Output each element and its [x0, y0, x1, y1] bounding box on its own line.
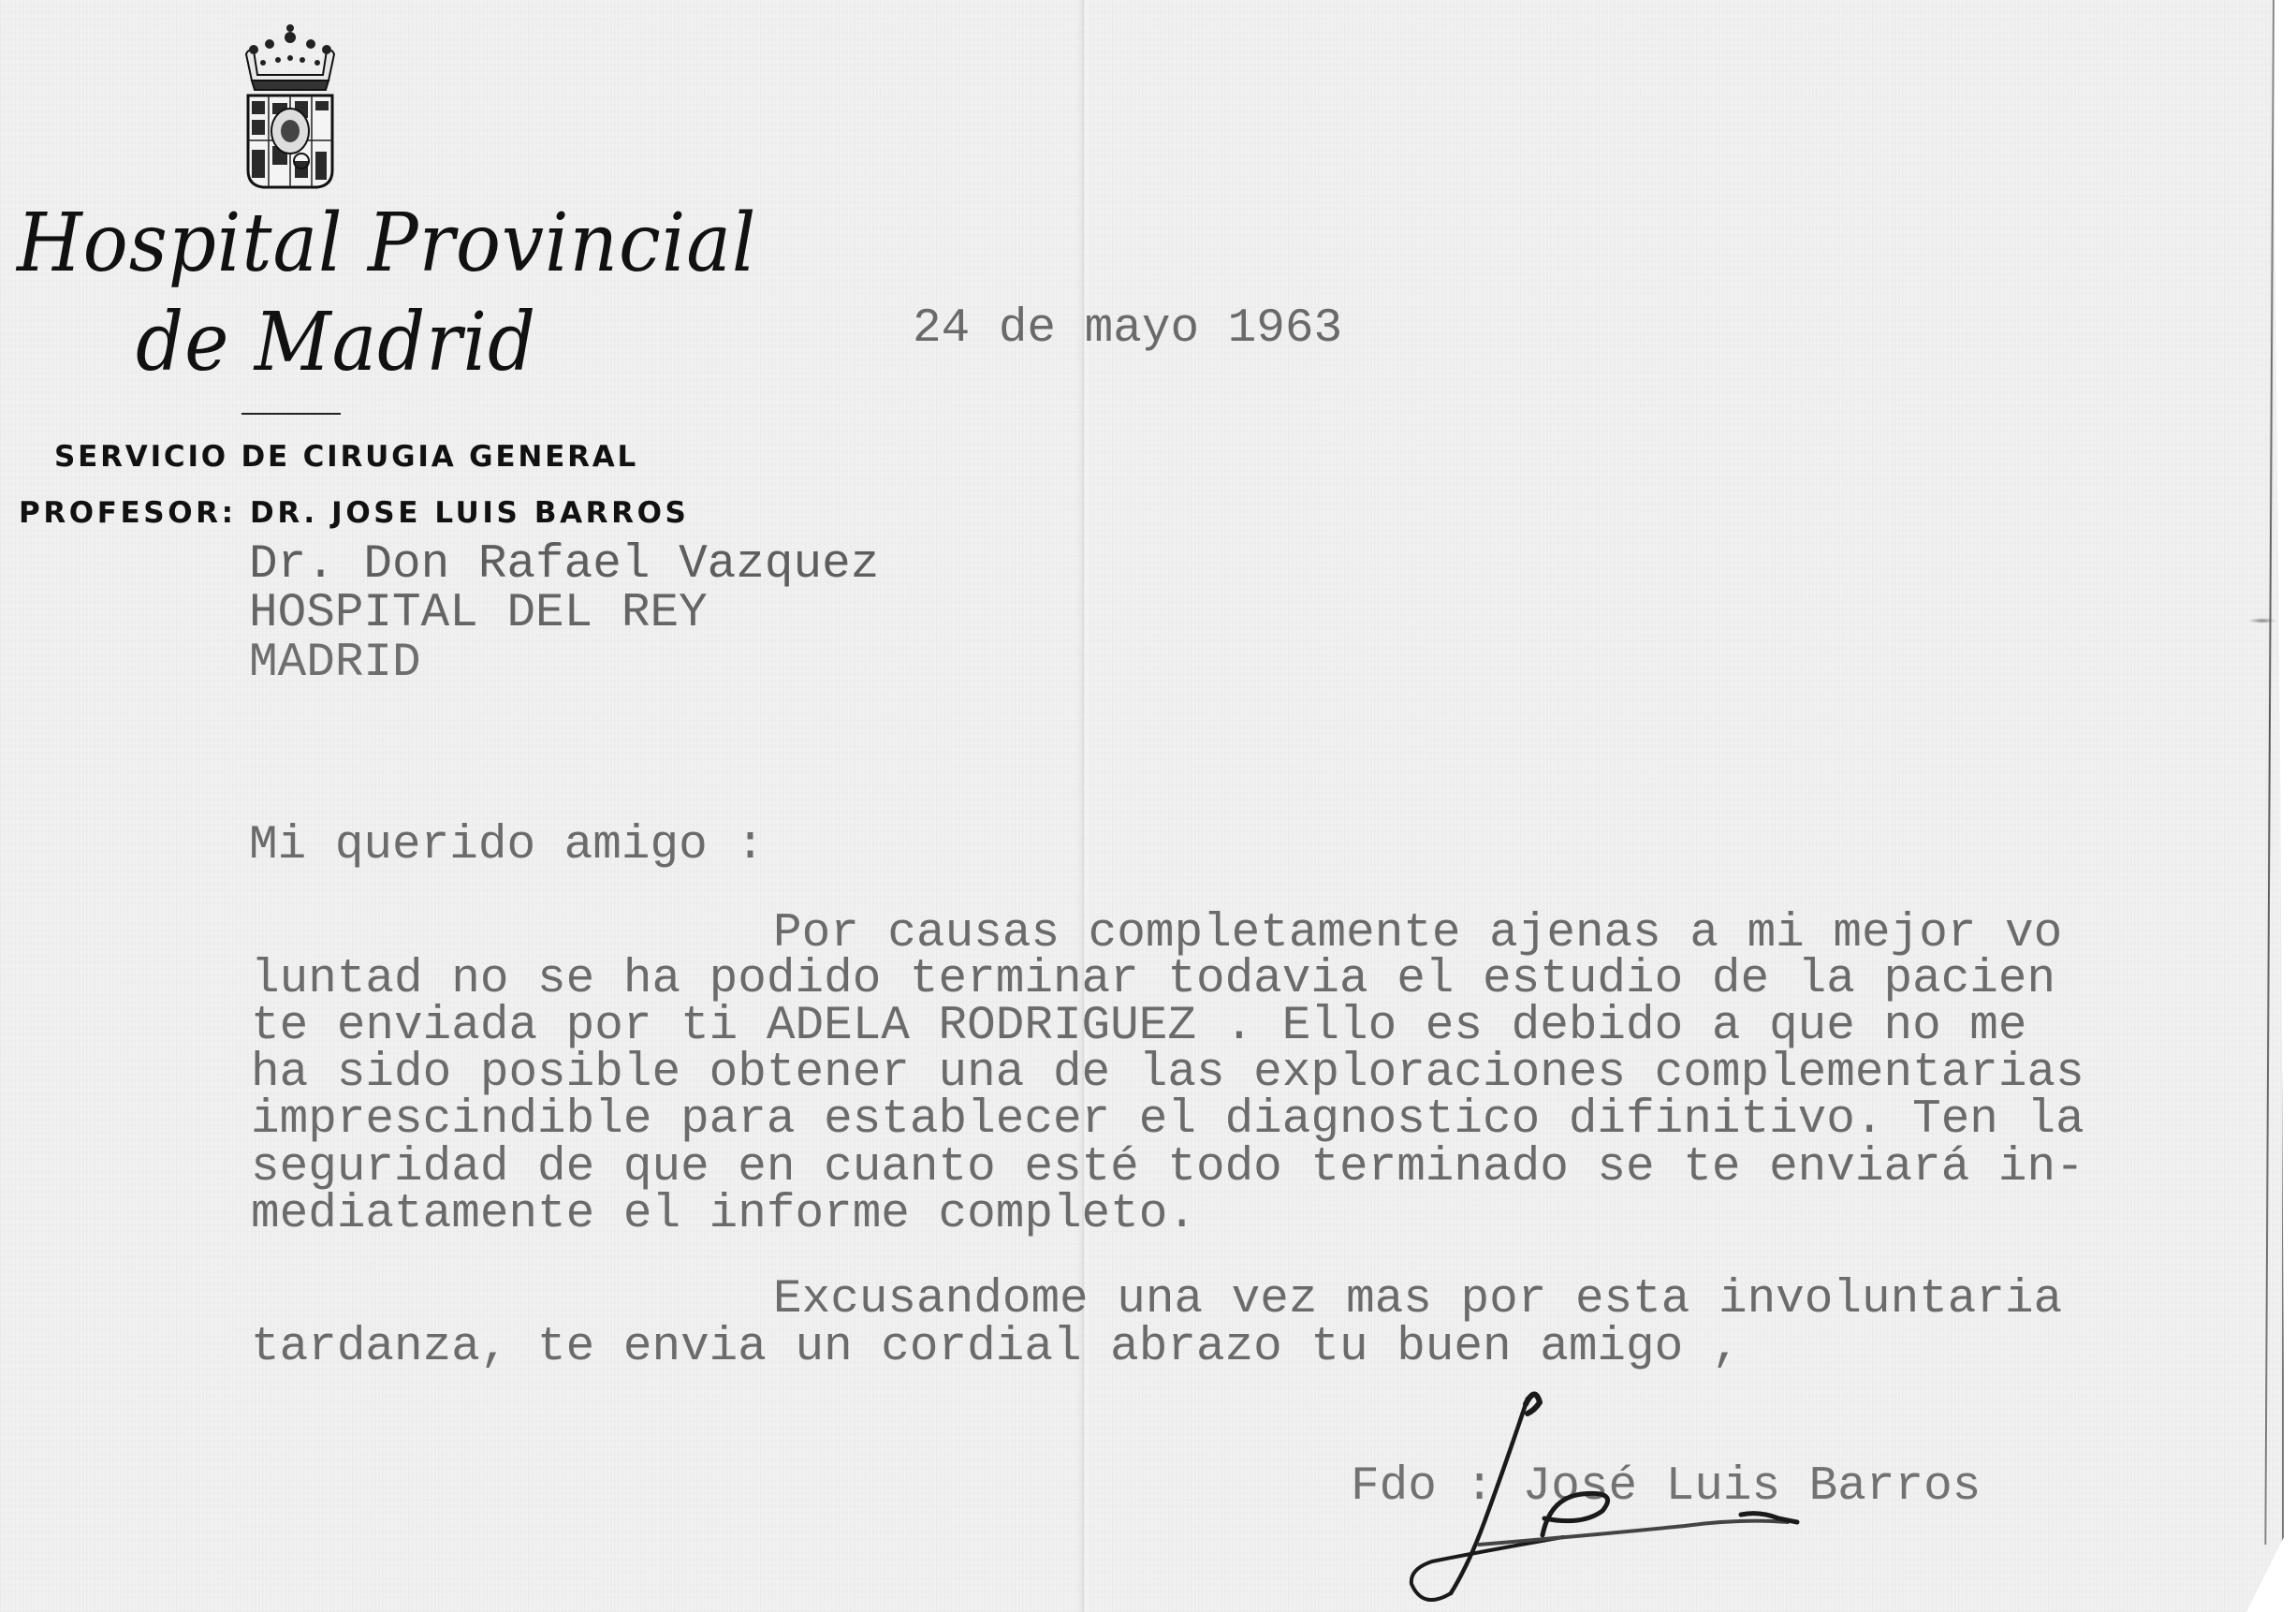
closing-line: tardanza, te envia un cordial abrazo tu …: [251, 1324, 1740, 1371]
closing-line: Excusandome una vez mas por esta involun…: [773, 1276, 2062, 1324]
body-line: te enviada por ti ADELA RODRIGUEZ . Ello…: [251, 1003, 2027, 1050]
salutation: Mi querido amigo :: [249, 822, 765, 870]
body-line: imprescindible para establecer el diagno…: [251, 1096, 2084, 1144]
body-line: luntad no se ha podido terminar todavia …: [251, 956, 2055, 1004]
service-department: SERVICIO DE CIRUGIA GENERAL: [54, 440, 638, 474]
institution-name: Hospital Provincial: [17, 197, 756, 290]
recipient-name: Dr. Don Rafael Vazquez: [249, 541, 879, 589]
body-line: seguridad de que en cuanto esté todo ter…: [251, 1144, 2084, 1192]
body-line: ha sido posible obtener una de las explo…: [251, 1049, 2084, 1097]
handwritten-signature-icon: [1404, 1385, 1891, 1610]
paper-edge-mark: [2248, 618, 2276, 623]
recipient-city: MADRID: [249, 639, 421, 687]
institution-city: de Madrid: [136, 296, 536, 389]
crest-icon: [239, 21, 342, 191]
letterhead-divider: [241, 413, 341, 415]
body-line: mediatamente el informe completo.: [251, 1191, 1196, 1238]
recipient-institution: HOSPITAL DEL REY: [249, 590, 708, 637]
professor-name: PROFESOR: DR. JOSE LUIS BARROS: [19, 496, 689, 530]
letter-date: 24 de mayo 1963: [913, 305, 1342, 353]
body-line: Por causas completamente ajenas a mi mej…: [773, 910, 2062, 958]
